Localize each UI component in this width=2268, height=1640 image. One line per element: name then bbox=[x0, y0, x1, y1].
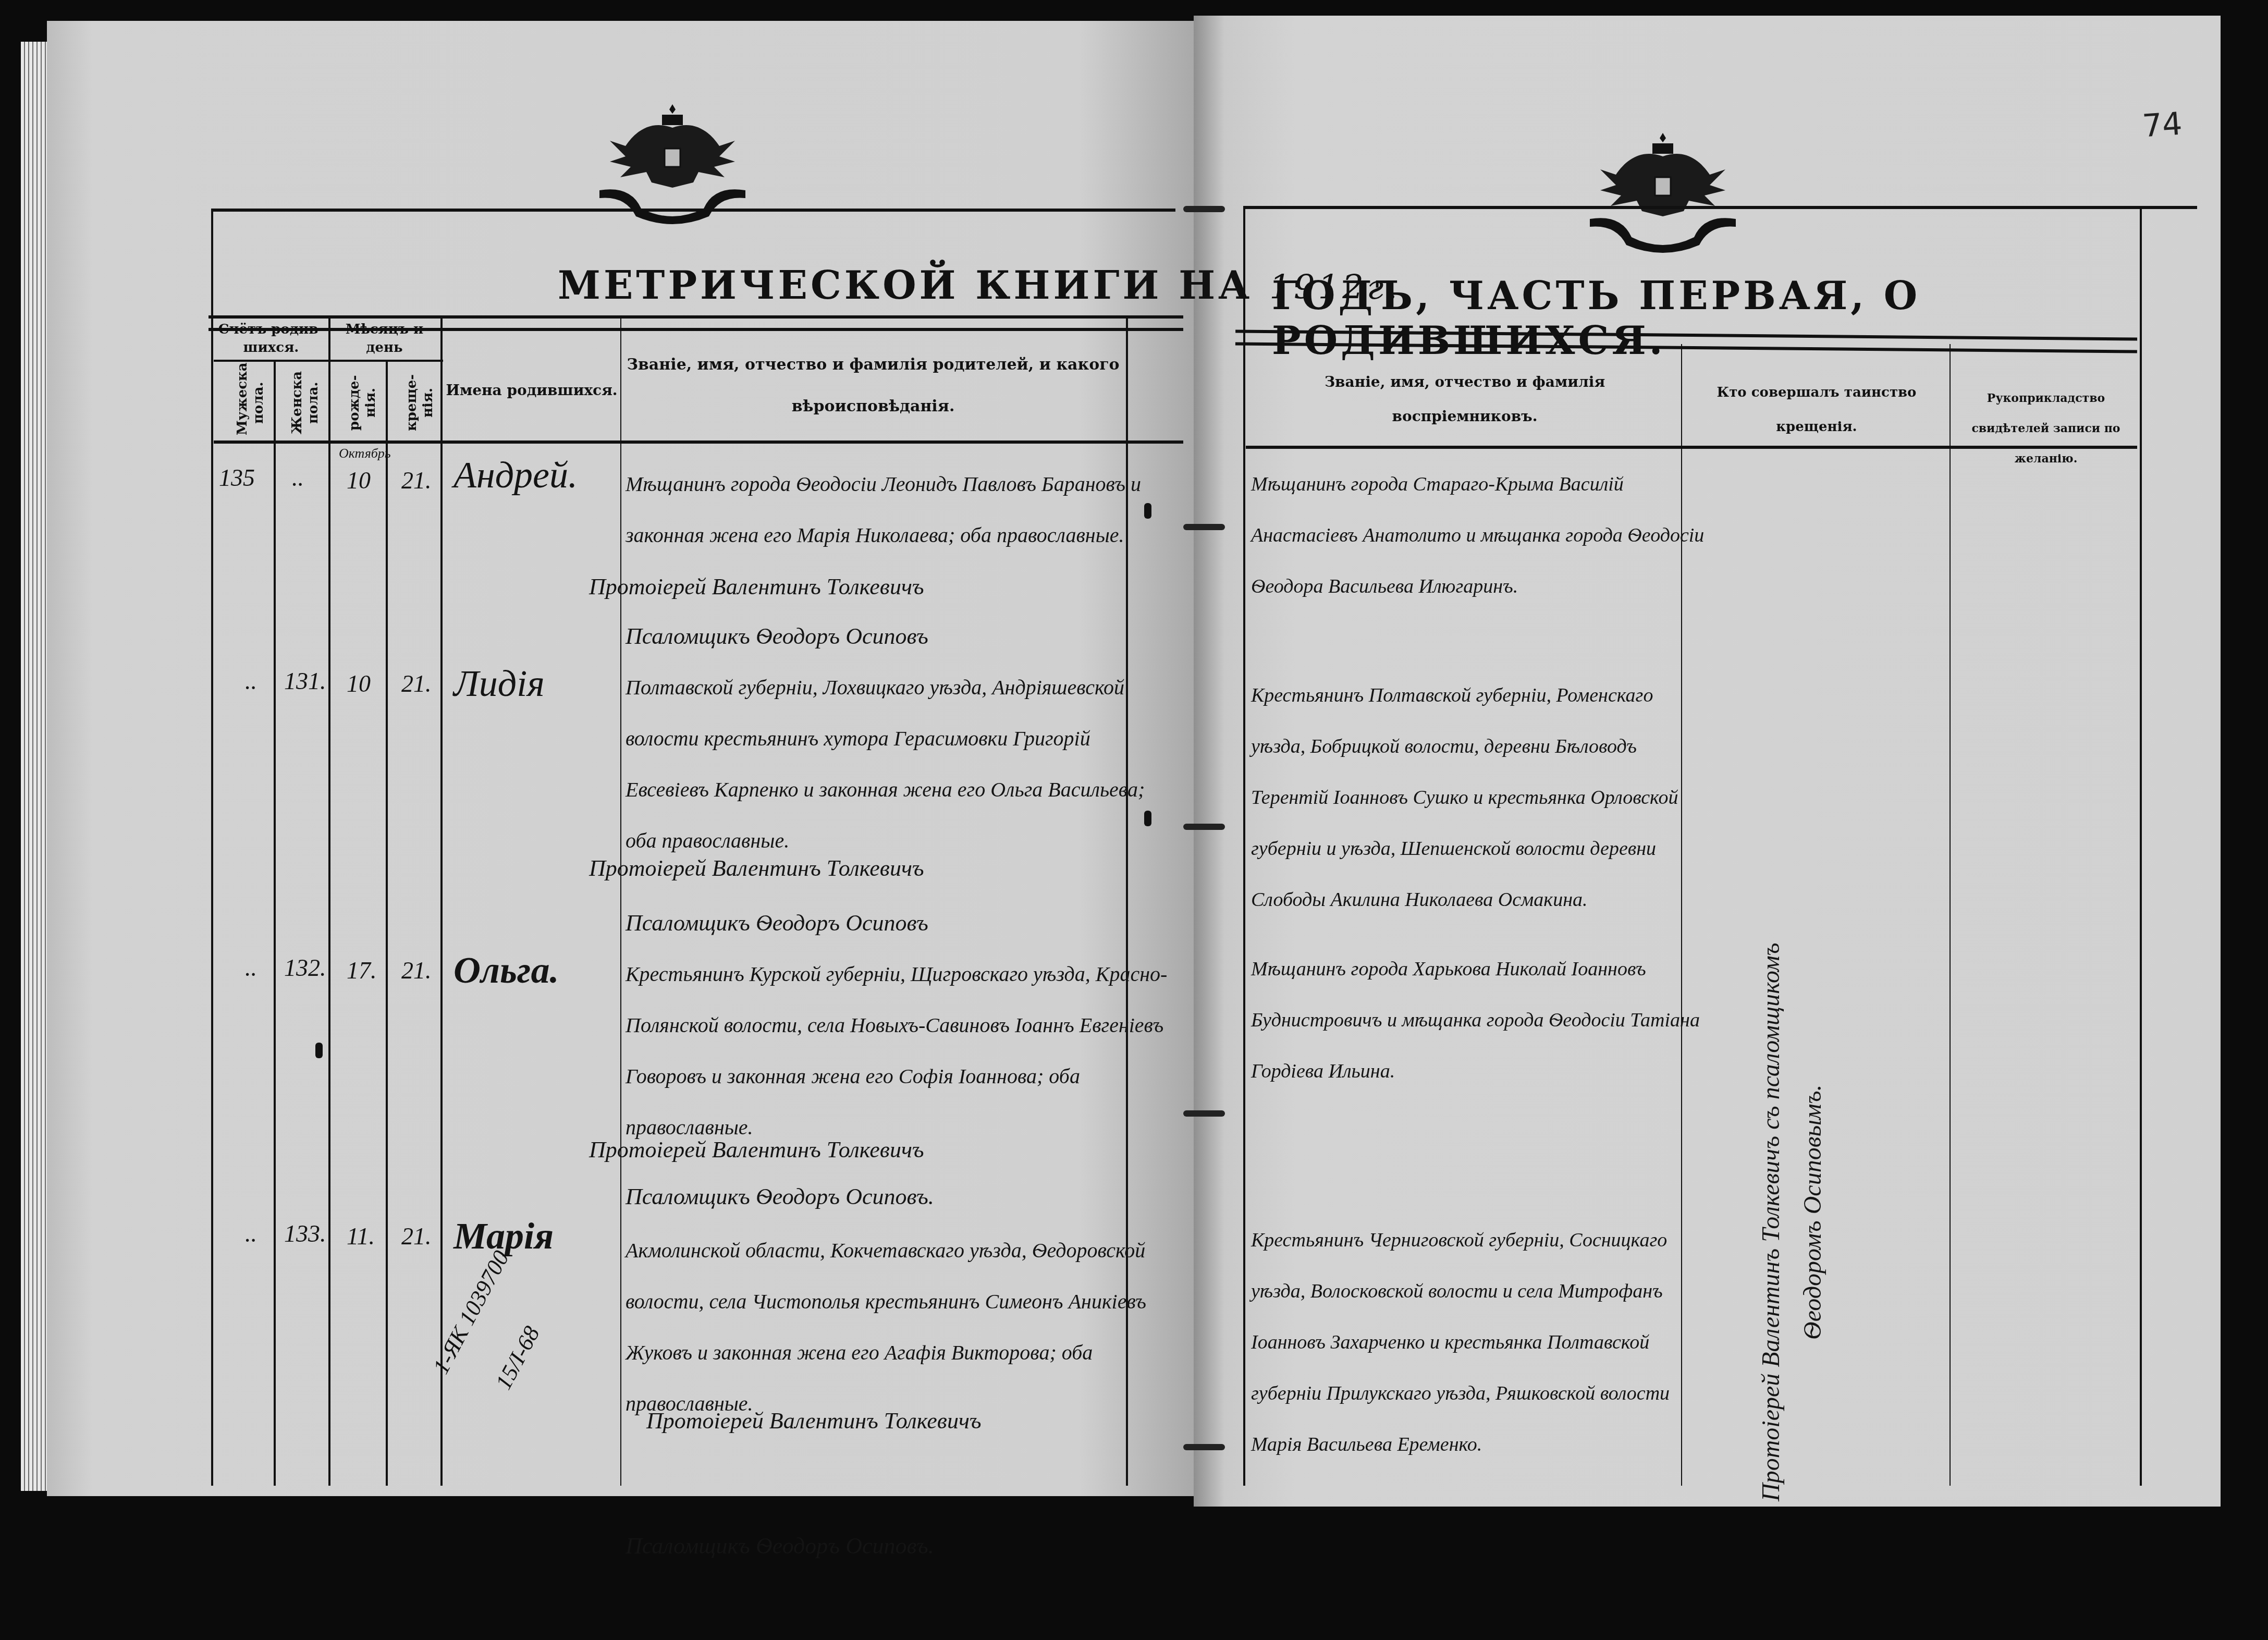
scanned-register-book: 74 МЕТРИЧЕСКОЙ КНИГИ НА 1912г. ГОДЪ, ЧАС… bbox=[0, 0, 2268, 1640]
entry-parents: Мѣщанинъ города Ѳеодосіи Леонидъ Павловъ… bbox=[626, 459, 1168, 561]
entry-birth-day: 10 bbox=[347, 467, 371, 494]
entry-godparents: Мѣщанинъ города Стараго-Крыма Василій Ан… bbox=[1251, 459, 1705, 612]
ink-mark bbox=[315, 1043, 323, 1058]
col-divider bbox=[440, 318, 443, 1486]
binding-stitch bbox=[1183, 206, 1225, 212]
title-left-text: МЕТРИЧЕСКОЙ КНИГИ НА bbox=[558, 263, 1253, 308]
entry-godparents: Крестьянинъ Черниговской губерніи, Сосни… bbox=[1251, 1215, 1705, 1470]
entry-parents: Акмолинской области, Кокчетавскаго уѣзда… bbox=[626, 1225, 1168, 1429]
entry-priest-signature: Протоіерей Валентинъ Толкевичъ bbox=[589, 855, 924, 882]
left-border bbox=[211, 209, 213, 1486]
col-divider bbox=[274, 360, 276, 1486]
right-top-border bbox=[1243, 206, 2197, 209]
performed-by-note-line1: Протоіерей Валентинъ Толкевичъ съ псалом… bbox=[1757, 688, 1785, 1501]
col-divider bbox=[1950, 344, 1951, 1486]
entry-month: Октябрь bbox=[339, 446, 391, 461]
binding-stitch bbox=[1183, 824, 1225, 830]
last-psalmist-signature: Псаломщикъ Ѳеодоръ Осиповъ. bbox=[626, 1533, 934, 1559]
double-headed-eagle-emblem-icon bbox=[1590, 128, 1736, 253]
ink-mark bbox=[1144, 811, 1151, 826]
entry-psalmist-signature: Псаломщикъ Ѳеодоръ Осиповъ. bbox=[626, 1183, 934, 1210]
entry-priest-signature: Протоіерей Валентинъ Толкевичъ bbox=[589, 1136, 924, 1163]
entry-psalmist-signature: Псаломщикъ Ѳеодоръ Осиповъ bbox=[626, 623, 928, 650]
entry-child-name: Лидія bbox=[453, 662, 545, 705]
entry-godparents: Мѣщанинъ города Харькова Николай Іоаннов… bbox=[1251, 944, 1705, 1097]
sub-header-rule bbox=[214, 360, 443, 362]
header-count-male: Мужеска пола. bbox=[235, 370, 267, 435]
entry-parents: Крестьянинъ Курской губерніи, Щигровскаг… bbox=[626, 949, 1168, 1153]
binding-stitch bbox=[1183, 524, 1225, 530]
right-table-left-border bbox=[1243, 209, 1245, 1486]
entry-child-name: Андрей. bbox=[453, 454, 578, 497]
entry-male-number: .. bbox=[245, 1220, 257, 1247]
binding-stitch bbox=[1183, 1444, 1225, 1450]
binding-stitch bbox=[1183, 1110, 1225, 1117]
header-date-group: Мѣсяцъ и день bbox=[331, 321, 438, 357]
double-headed-eagle-emblem-icon bbox=[599, 99, 745, 224]
entry-priest-signature: Протоіерей Валентинъ Толкевичъ bbox=[646, 1408, 1115, 1434]
header-bottom-rule bbox=[214, 440, 1183, 444]
entry-female-number: 132. bbox=[284, 954, 326, 982]
header-date-birth: рожде- нія. bbox=[347, 370, 379, 435]
entry-birth-day: 11. bbox=[347, 1222, 375, 1250]
entry-female-number: .. bbox=[292, 464, 304, 492]
entry-birth-day: 10 bbox=[347, 670, 371, 697]
col-divider bbox=[620, 318, 621, 1486]
entry-baptism-day: 21. bbox=[401, 957, 432, 984]
header-names: Имена родившихся. bbox=[446, 381, 618, 400]
header-performed-by: Кто совершалъ таинство крещенія. bbox=[1686, 375, 1947, 444]
top-border bbox=[211, 209, 1175, 212]
entry-baptism-day: 21. bbox=[401, 670, 432, 697]
header-count-group: Счётъ родив- шихся. bbox=[216, 321, 326, 357]
entry-parents: Полтавской губерніи, Лохвицкаго уѣзда, А… bbox=[626, 662, 1168, 866]
entry-baptism-day: 21. bbox=[401, 467, 432, 494]
entry-priest-signature: Протоіерей Валентинъ Толкевичъ bbox=[589, 573, 924, 600]
page-number: 74 bbox=[2141, 105, 2184, 144]
entry-male-number: 135 bbox=[219, 464, 255, 492]
entry-female-number: 131. bbox=[284, 667, 326, 695]
entry-female-number: 133. bbox=[284, 1220, 326, 1247]
right-border bbox=[2140, 209, 2142, 1486]
entry-male-number: .. bbox=[245, 954, 257, 982]
col-divider bbox=[328, 318, 330, 1486]
col-divider bbox=[386, 360, 388, 1486]
entry-psalmist-signature: Псаломщикъ Ѳеодоръ Осиповъ bbox=[626, 910, 928, 936]
entry-male-number: .. bbox=[245, 667, 257, 695]
header-count-female: Женска пола. bbox=[289, 370, 322, 435]
entry-child-name: Марія bbox=[453, 1215, 554, 1258]
entry-child-name: Ольга. bbox=[453, 949, 559, 992]
ink-mark bbox=[1144, 503, 1151, 519]
header-parents: Званіе, имя, отчество и фамилія родителе… bbox=[626, 344, 1121, 427]
header-witness-signatures: Рукоприкладство свидѣтелей записи по жел… bbox=[1955, 383, 2137, 474]
entry-baptism-day: 21. bbox=[401, 1222, 432, 1250]
header-date-baptism: креще- нія. bbox=[404, 370, 436, 435]
entry-godparents: Крестьянинъ Полтавской губерніи, Роменск… bbox=[1251, 670, 1705, 925]
performed-by-note-line2: Ѳеодоромъ Осиповымъ. bbox=[1798, 912, 1827, 1340]
entry-birth-day: 17. bbox=[347, 957, 377, 984]
header-godparents: Званіе, имя, отчество и фамилія воспріем… bbox=[1251, 365, 1678, 434]
